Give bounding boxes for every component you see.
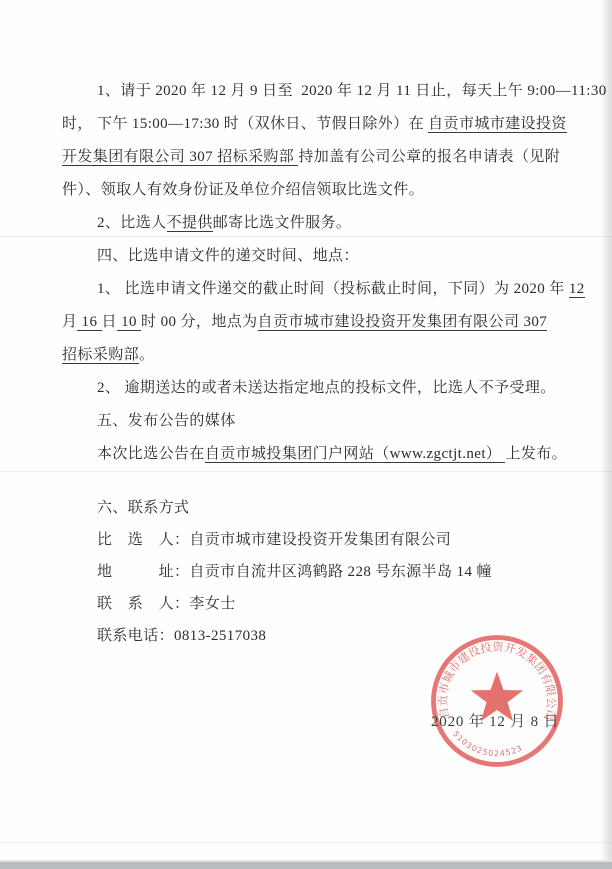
text-segment: 四、比选申请文件的递交时间、地点： — [97, 248, 359, 264]
text-segment: 日 — [102, 314, 117, 330]
text-line: 月 16 日 10 时 00 分，地点为自贡市城市建设投资开发集团有限公司 30… — [62, 306, 554, 339]
text-line: 本次比选公告在自贡市城投集团门户网站（www.zgctjt.net） 上发布。 — [62, 438, 554, 471]
text-segment: 邮寄比选文件服务。 — [213, 215, 352, 231]
text-segment: 六、联系方式 — [97, 500, 189, 516]
scan-line — [0, 471, 612, 472]
text-line: 时， 下午 15:00—17:30 时（双休日、节假日除外）在 自贡市城市建设投… — [62, 108, 554, 141]
underlined-text: 自贡市城投集团门户网站（www.zgctjt.net） — [205, 446, 506, 463]
underlined-text: 招标采购部 — [62, 347, 139, 364]
page-edge-bottom — [0, 862, 612, 869]
text-line: 1、 比选申请文件递交的截止时间（投标截止时间，下同）为 2020 年 12 — [62, 273, 554, 306]
text-line: 六、联系方式 — [62, 492, 554, 524]
underlined-text: 自贡市城市建设投资开发集团有限公司 307 — [258, 314, 548, 331]
text-segment: 1、 比选申请文件递交的截止时间（投标截止时间，下同）为 2020 年 — [97, 281, 569, 297]
text-segment: 五、发布公告的媒体 — [97, 413, 236, 429]
text-line: 比 选 人：自贡市城市建设投资开发集团有限公司 — [62, 524, 554, 556]
text-line: 2、 逾期送达的或者未送达指定地点的投标文件，比选人不予受理。 — [62, 372, 554, 405]
scan-line — [0, 842, 612, 843]
underlined-text: 不提供 — [167, 215, 213, 232]
text-line: 四、比选申请文件的递交时间、地点： — [62, 240, 554, 273]
text-segment: 1、请于 2020 年 12 月 9 日至 2020 年 12 月 11 日止，… — [97, 83, 607, 99]
text-segment: 联系电话：0813-2517038 — [97, 628, 266, 644]
text-segment: 地 址：自贡市自流井区鸿鹤路 228 号东源半岛 14 幢 — [97, 564, 492, 580]
body-text-block: 1、请于 2020 年 12 月 9 日至 2020 年 12 月 11 日止，… — [62, 75, 554, 471]
text-segment: 本次比选公告在 — [97, 446, 205, 462]
text-line: 1、请于 2020 年 12 月 9 日至 2020 年 12 月 11 日止，… — [62, 75, 554, 108]
underlined-text: 16 — [77, 314, 101, 331]
text-segment: 比 选 人：自贡市城市建设投资开发集团有限公司 — [97, 532, 451, 548]
text-segment: 件）、领取人有效身份证及单位介绍信领取比选文件。 — [62, 182, 424, 198]
text-segment: 时， 下午 15:00—17:30 时（双休日、节假日除外）在 — [62, 116, 428, 132]
text-line: 件）、领取人有效身份证及单位介绍信领取比选文件。 — [62, 174, 554, 207]
text-segment: 联 系 人：李女士 — [97, 596, 236, 612]
page-edge-right — [600, 0, 612, 869]
document-date: 2020 年 12 月 8 日 — [431, 710, 559, 731]
text-segment: 。 — [139, 347, 154, 363]
underlined-text: 10 — [117, 314, 141, 331]
company-seal: 自贡市城市建设投资开发集团有限公司 5103025024523 — [428, 632, 566, 770]
text-segment: 持加盖有公司公章的报名申请表（见附 — [298, 149, 560, 165]
text-segment: 上发布。 — [505, 446, 567, 462]
text-line: 联 系 人：李女士 — [62, 588, 554, 620]
text-segment: 2、比选人 — [97, 215, 167, 231]
contact-info-block: 六、联系方式比 选 人：自贡市城市建设投资开发集团有限公司地 址：自贡市自流井区… — [62, 492, 554, 652]
text-line: 五、发布公告的媒体 — [62, 405, 554, 438]
underlined-text: 自贡市城市建设投资 — [428, 116, 567, 133]
text-segment: 月 — [62, 314, 77, 330]
text-line: 招标采购部。 — [62, 339, 554, 372]
text-line: 地 址：自贡市自流井区鸿鹤路 228 号东源半岛 14 幢 — [62, 556, 554, 588]
scanned-document-page: 1、请于 2020 年 12 月 9 日至 2020 年 12 月 11 日止，… — [0, 0, 612, 869]
text-segment: 2、 逾期送达的或者未送达指定地点的投标文件，比选人不予受理。 — [97, 380, 556, 396]
underlined-text: 开发集团有限公司 307 招标采购部 — [62, 149, 298, 166]
underlined-text: 12 — [569, 281, 585, 298]
text-line: 2、比选人不提供邮寄比选文件服务。 — [62, 207, 554, 240]
text-segment: 时 00 分，地点为 — [141, 314, 258, 330]
text-line: 开发集团有限公司 307 招标采购部 持加盖有公司公章的报名申请表（见附 — [62, 141, 554, 174]
